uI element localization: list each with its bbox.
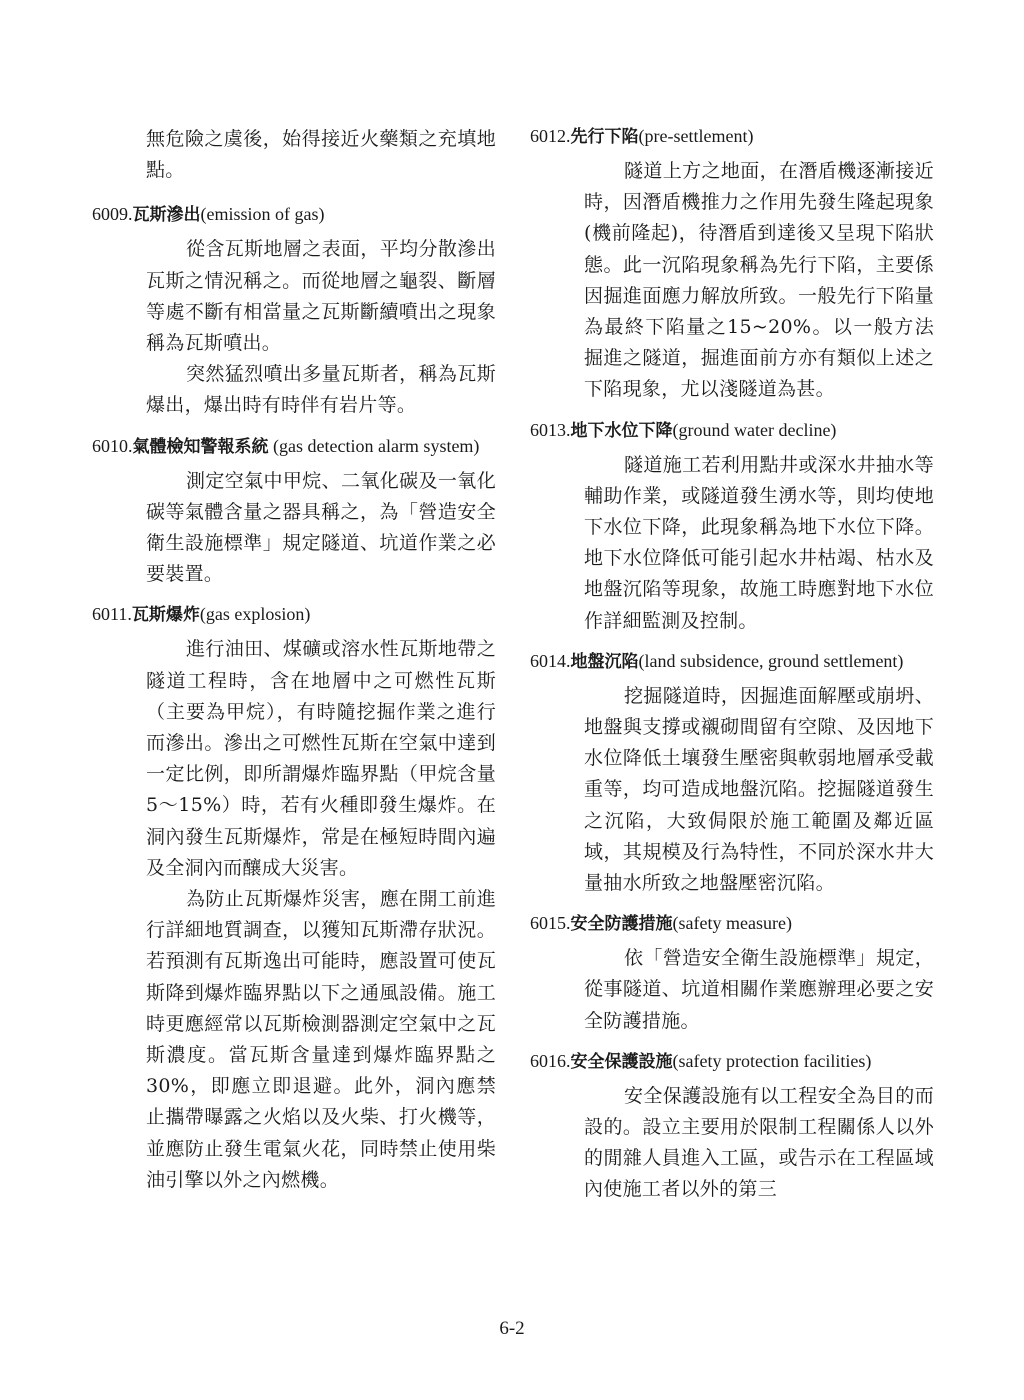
entry-number: 6011. <box>92 604 132 624</box>
entry-heading: 6011.瓦斯爆炸(gas explosion) <box>92 602 496 627</box>
entry-title-en: (safety measure) <box>673 913 792 933</box>
entry-title-en: (emission of gas) <box>201 204 325 224</box>
entry-heading: 6013.地下水位下降(ground water decline) <box>530 418 934 443</box>
entry-title-zh: 地盤沉陷 <box>571 652 639 672</box>
entry-paragraph: 隧道上方之地面，在潛盾機逐漸接近時，因潛盾機推力之作用先發生隆起現象(機前隆起)… <box>584 156 934 406</box>
entry-paragraph: 突然猛烈噴出多量瓦斯者，稱為瓦斯爆出，爆出時有時伴有岩片等。 <box>146 359 496 421</box>
entry-heading: 6014.地盤沉陷(land subsidence, ground settle… <box>530 649 934 674</box>
entry-paragraph: 依「營造安全衛生設施標準」規定，從事隧道、坑道相關作業應辦理必要之安全防護措施。 <box>584 943 934 1037</box>
entry-number: 6013. <box>530 420 571 440</box>
entry-heading: 6010.氣體檢知警報系統 (gas detection alarm syste… <box>92 434 496 459</box>
entry-number: 6014. <box>530 651 571 671</box>
entry-number: 6016. <box>530 1051 571 1071</box>
entry-title-en: (land subsidence, ground settlement) <box>639 651 904 671</box>
entry-title-zh: 氣體檢知警報系統 <box>133 437 269 457</box>
entry-title-zh: 地下水位下降 <box>571 421 673 441</box>
entry-6016: 6016.安全保護設施(safety protection facilities… <box>530 1049 934 1206</box>
entry-6014: 6014.地盤沉陷(land subsidence, ground settle… <box>530 649 934 899</box>
page-number: 6-2 <box>0 1318 1024 1340</box>
entry-title-zh: 瓦斯爆炸 <box>132 605 200 625</box>
entry-paragraph: 安全保護設施有以工程安全為目的而設的。設立主要用於限制工程關係人以外的閒雜人員進… <box>584 1081 934 1206</box>
entry-title-en: (pre-settlement) <box>639 126 754 146</box>
entry-number: 6009. <box>92 204 133 224</box>
entry-title-zh: 安全保護設施 <box>571 1052 673 1072</box>
entry-6012: 6012.先行下陷(pre-settlement) 隧道上方之地面，在潛盾機逐漸… <box>530 124 934 406</box>
continuation-paragraph: 無危險之虞後，始得接近火藥類之充填地點。 <box>146 124 496 186</box>
entry-title-en: (gas explosion) <box>200 604 310 624</box>
entry-paragraph: 從含瓦斯地層之表面，平均分散滲出瓦斯之情況稱之。而從地層之龜裂、斷層等處不斷有相… <box>146 234 496 359</box>
entry-number: 6012. <box>530 126 571 146</box>
entry-paragraph: 隧道施工若利用點井或深水井抽水等輔助作業，或隧道發生湧水等，則均使地下水位下降，… <box>584 450 934 637</box>
entry-number: 6010. <box>92 436 133 456</box>
entry-6009: 6009.瓦斯滲出(emission of gas) 從含瓦斯地層之表面，平均分… <box>92 202 496 421</box>
right-column: 6012.先行下陷(pre-settlement) 隧道上方之地面，在潛盾機逐漸… <box>530 124 934 1218</box>
entry-title-zh: 安全防護措施 <box>571 914 673 934</box>
entry-title-zh: 瓦斯滲出 <box>133 205 201 225</box>
entry-title-en: (safety protection facilities) <box>673 1051 872 1071</box>
entry-paragraph: 挖掘隧道時，因掘進面解壓或崩坍、地盤與支撐或襯砌間留有空隙、及因地下水位降低土壤… <box>584 681 934 899</box>
entry-6011: 6011.瓦斯爆炸(gas explosion) 進行油田、煤礦或溶水性瓦斯地帶… <box>92 602 496 1196</box>
entry-paragraph: 為防止瓦斯爆炸災害，應在開工前進行詳細地質調查，以獲知瓦斯滯存狀況。若預測有瓦斯… <box>146 884 496 1196</box>
entry-paragraph: 進行油田、煤礦或溶水性瓦斯地帶之隧道工程時，含在地層中之可燃性瓦斯（主要為甲烷）… <box>146 634 496 884</box>
entry-heading: 6016.安全保護設施(safety protection facilities… <box>530 1049 934 1074</box>
entry-6015: 6015.安全防護措施(safety measure) 依「營造安全衛生設施標準… <box>530 911 934 1037</box>
entry-title-en: (gas detection alarm system) <box>269 436 480 456</box>
left-column: 無危險之虞後，始得接近火藥類之充填地點。 6009.瓦斯滲出(emission … <box>92 124 496 1208</box>
entry-6013: 6013.地下水位下降(ground water decline) 隧道施工若利… <box>530 418 934 637</box>
entry-heading: 6012.先行下陷(pre-settlement) <box>530 124 934 149</box>
entry-title-zh: 先行下陷 <box>571 127 639 147</box>
entry-heading: 6015.安全防護措施(safety measure) <box>530 911 934 936</box>
entry-6010: 6010.氣體檢知警報系統 (gas detection alarm syste… <box>92 434 496 591</box>
entry-heading: 6009.瓦斯滲出(emission of gas) <box>92 202 496 227</box>
entry-paragraph: 測定空氣中甲烷、二氧化碳及一氧化碳等氣體含量之器具稱之，為「營造安全衛生設施標準… <box>146 466 496 591</box>
entry-title-en: (ground water decline) <box>673 420 837 440</box>
entry-number: 6015. <box>530 913 571 933</box>
